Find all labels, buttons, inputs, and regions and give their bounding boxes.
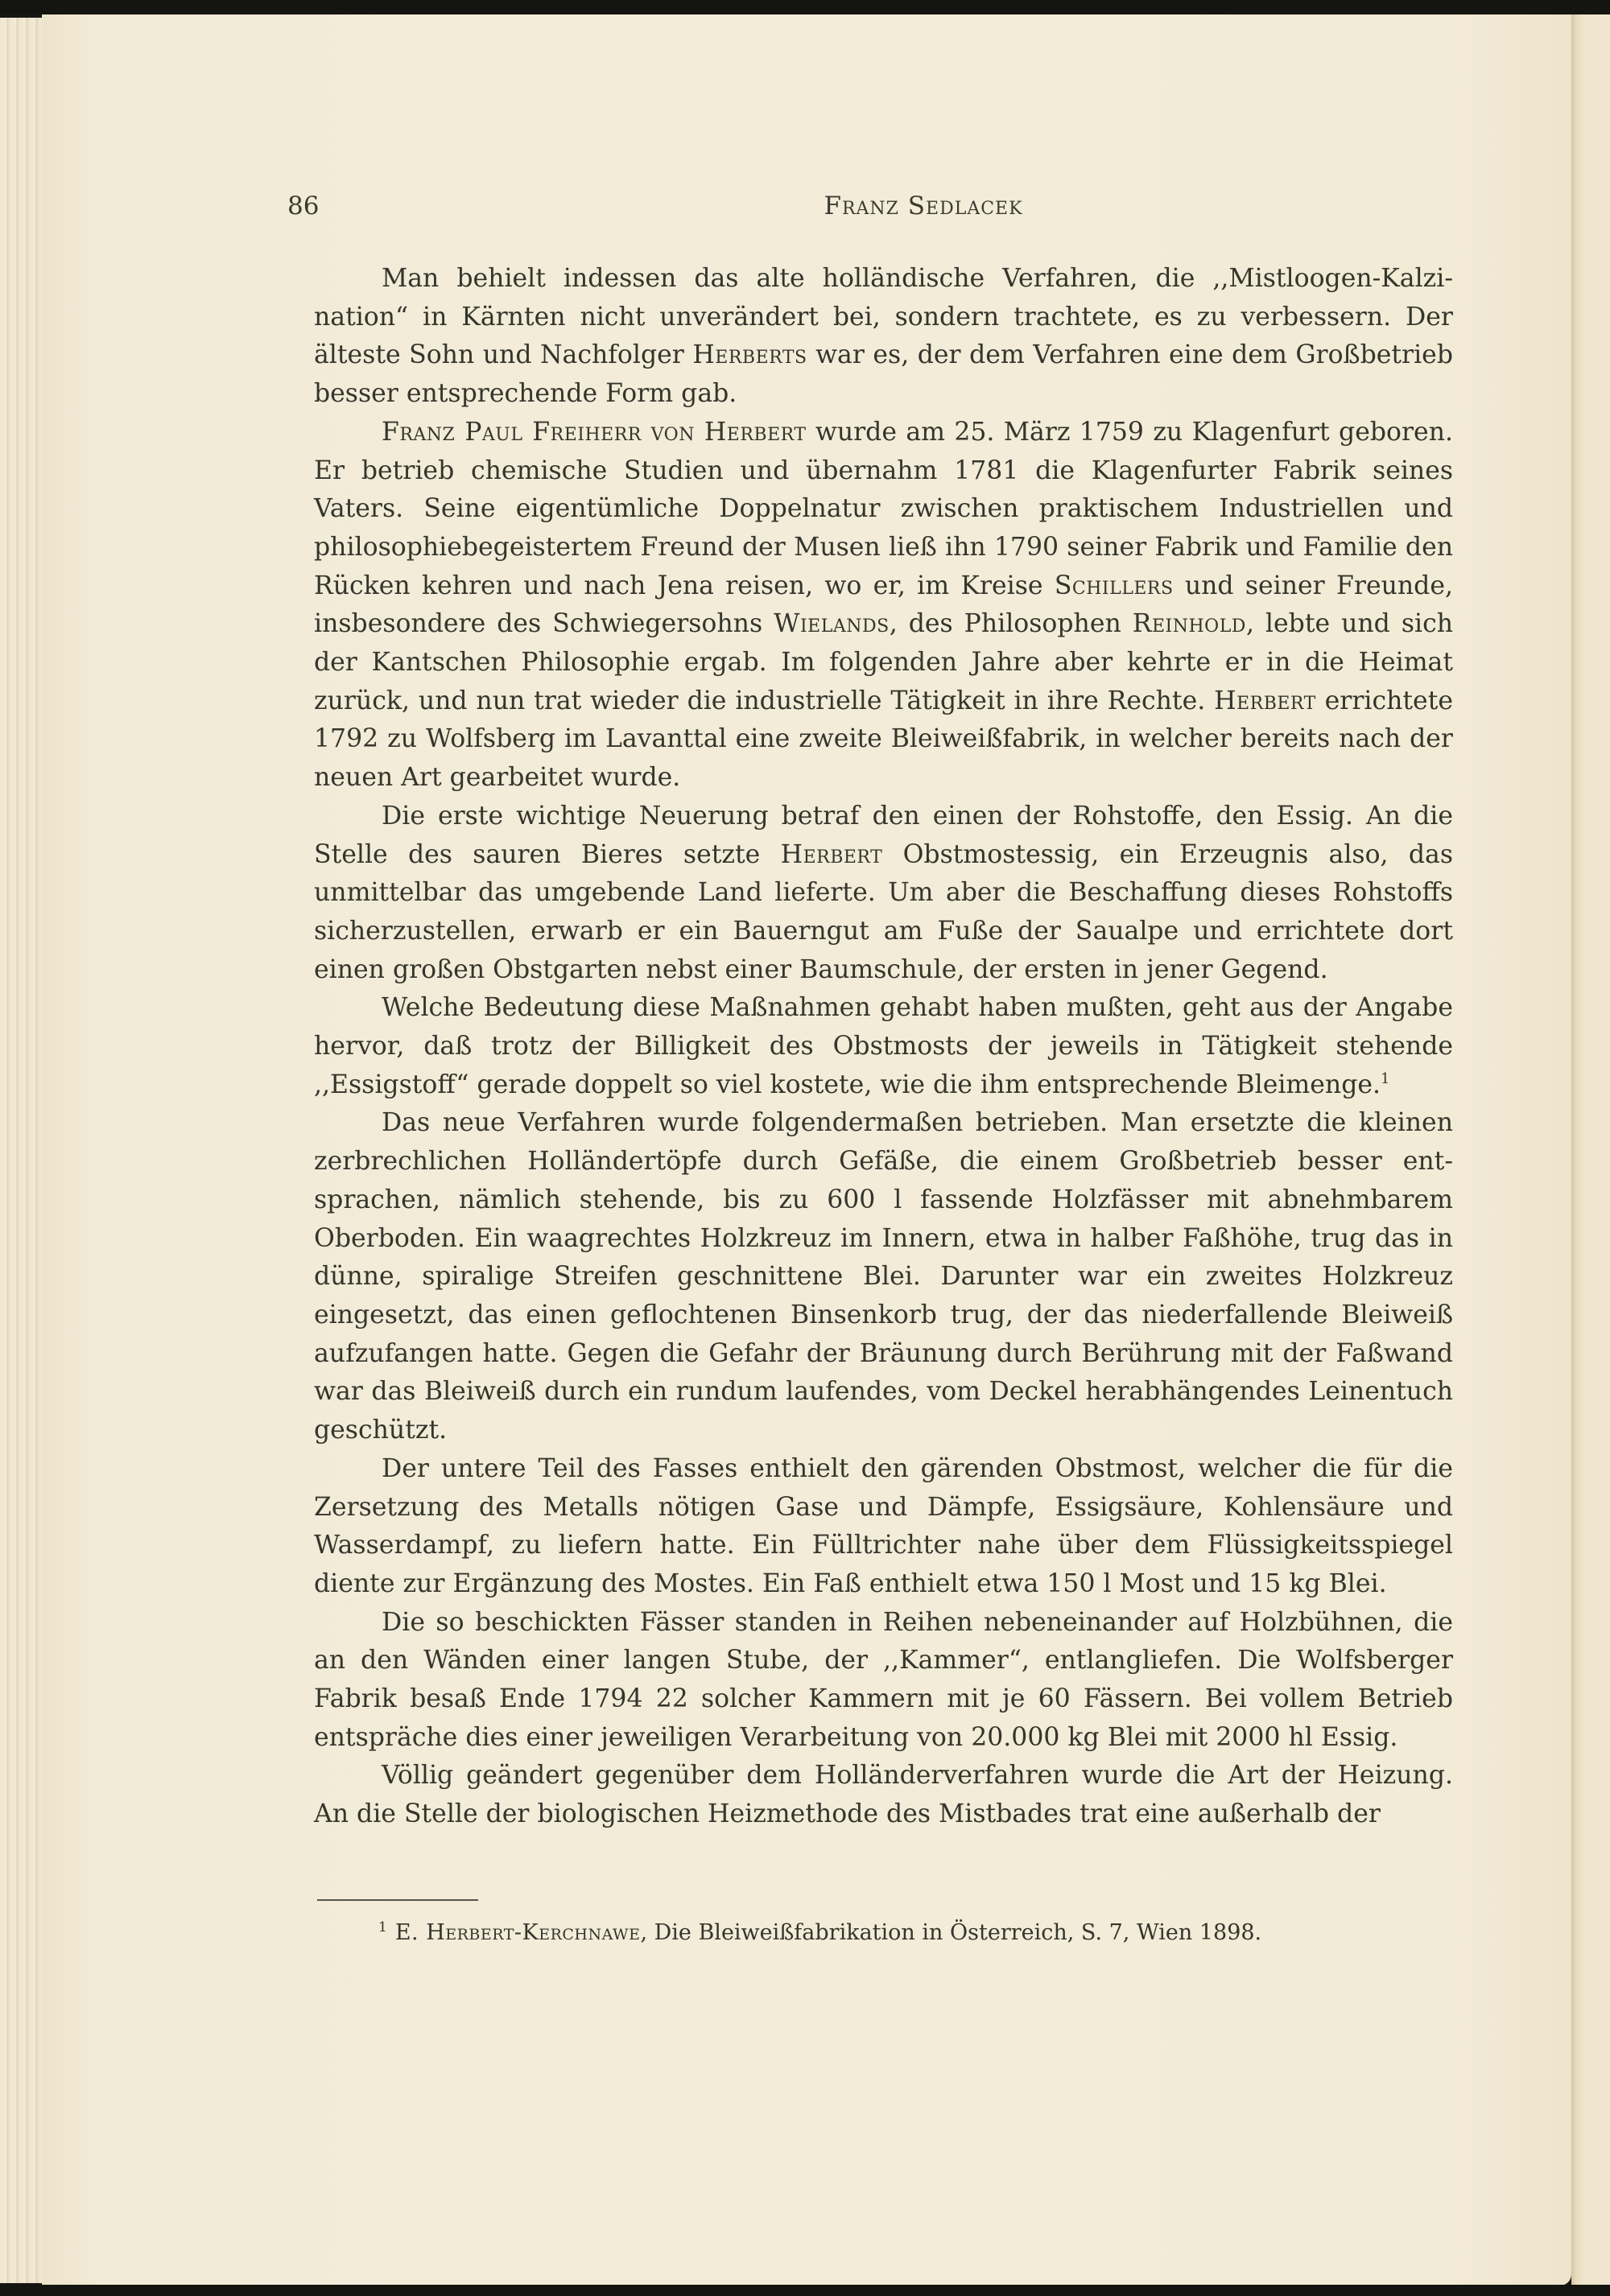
- scan-background-top: [0, 0, 1610, 14]
- body-text: Man behielt indessen das alte holländisc…: [314, 260, 1453, 1834]
- paragraph: Welche Bedeutung diese Maßnahmen gehabt …: [314, 989, 1453, 1104]
- paragraph: Die so beschickten Fässer standen in Rei…: [314, 1604, 1453, 1758]
- running-title: Franz Sedlacek: [287, 192, 1455, 221]
- text-run: Der untere Teil des Fasses enthielt den …: [314, 1454, 1453, 1598]
- paragraph: Die erste wichtige Neuerung betraf den e…: [314, 798, 1453, 990]
- name-small-caps: Schillers: [1055, 571, 1174, 600]
- text-run: Welche Bedeutung diese Maßnahmen gehabt …: [314, 993, 1453, 1099]
- text-run: Völlig geändert gegenüber dem Holländerv…: [314, 1761, 1453, 1828]
- name-small-caps: Wielands: [774, 609, 890, 638]
- book-page-edge-right: [1571, 14, 1610, 2292]
- footnote-rule: [317, 1899, 478, 1901]
- book-page-stack-left: [0, 18, 48, 2283]
- paragraph: Man behielt indessen das alte holländisc…: [314, 260, 1453, 414]
- footnote-reference[interactable]: 1: [1381, 1070, 1389, 1087]
- paragraph: Der untere Teil des Fasses enthielt den …: [314, 1450, 1453, 1604]
- paragraph: Franz Paul Freiherr von Herbert wurde am…: [314, 414, 1453, 798]
- name-small-caps: Franz Paul Freiherr von Herbert: [382, 418, 807, 447]
- running-head: 86 Franz Sedlacek: [287, 192, 1455, 224]
- name-small-caps: Herbert: [781, 840, 883, 869]
- footnote-marker: 1: [378, 1919, 387, 1935]
- paragraph: Das neue Verfahren wurde folgendermaßen …: [314, 1104, 1453, 1449]
- text-run: , des Philosophen: [890, 609, 1133, 638]
- footnote: 1E. Herbert-Kerchnawe, Die Bleiweißfabri…: [378, 1920, 1457, 1945]
- name-small-caps: Reinhold: [1133, 609, 1246, 638]
- scan-background-bottom: [0, 2285, 1610, 2296]
- text-run: Das neue Verfahren wurde folgendermaßen …: [314, 1108, 1453, 1445]
- text-run: Die so beschickten Fässer standen in Rei…: [314, 1608, 1453, 1752]
- name-small-caps: Herbert: [1214, 686, 1316, 715]
- paragraph: Völlig geändert gegenüber dem Holländerv…: [314, 1757, 1453, 1833]
- footnote-text: , Die Bleiweißfabrikation in Österreich,…: [640, 1920, 1261, 1945]
- name-small-caps: Herberts: [692, 340, 807, 369]
- footnote-author: E. Herbert-Kerchnawe: [395, 1920, 641, 1945]
